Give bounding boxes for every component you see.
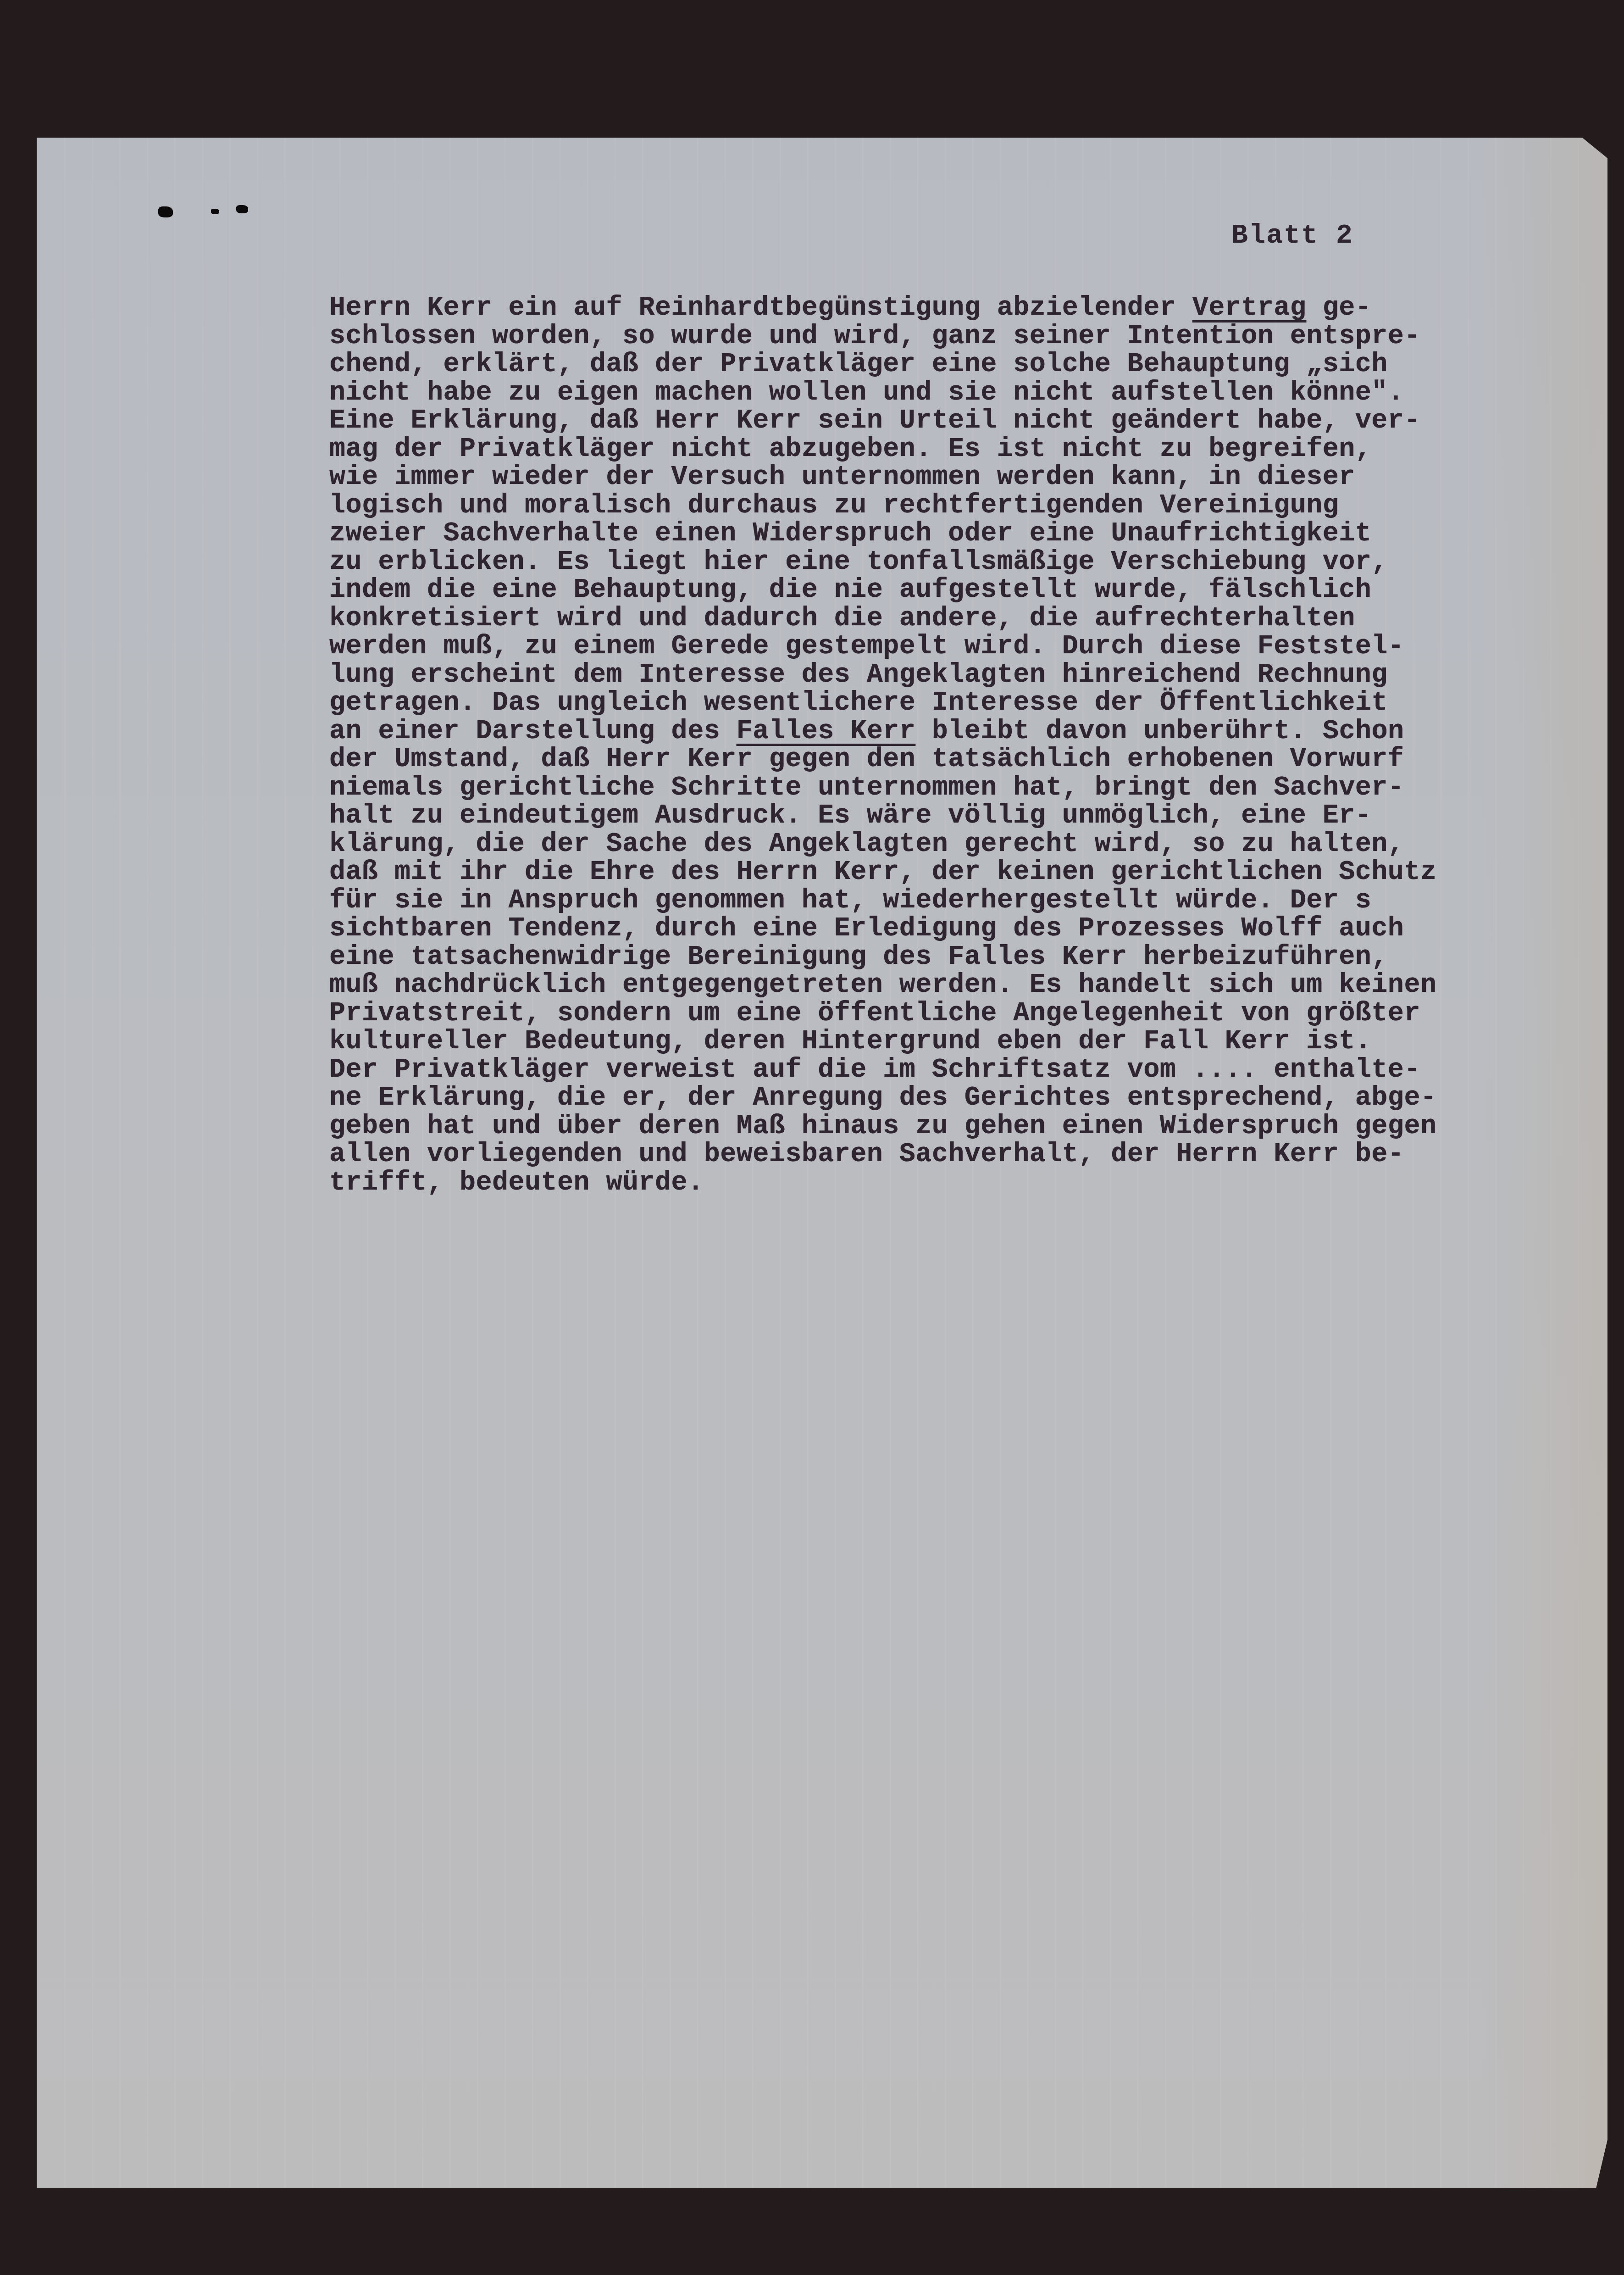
punch-hole-icon bbox=[158, 206, 173, 217]
text-run: allen vorliegenden und beweisbaren Sachv… bbox=[329, 1139, 1404, 1169]
text-run: mag der Privatkläger nicht abzugeben. Es… bbox=[329, 434, 1371, 464]
body-text: Herrn Kerr ein auf Reinhardtbegünstigung… bbox=[329, 294, 1436, 1196]
text-line: Eine Erklärung, daß Herr Kerr sein Urtei… bbox=[329, 406, 1436, 435]
text-run: nicht habe zu eigen machen wollen und si… bbox=[329, 377, 1404, 408]
text-run: zweier Sachverhalte einen Widerspruch od… bbox=[329, 518, 1371, 549]
text-line: niemals gerichtliche Schritte unternomme… bbox=[329, 773, 1436, 802]
text-line: schlossen worden, so wurde und wird, gan… bbox=[329, 322, 1436, 350]
text-line: konkretisiert wird und dadurch die ander… bbox=[329, 604, 1436, 633]
text-run: bleibt davon unberührt. Schon bbox=[915, 716, 1404, 746]
text-run: daß mit ihr die Ehre des Herrn Kerr, der… bbox=[329, 857, 1436, 887]
underlined-phrase: Vertrag bbox=[1192, 292, 1307, 323]
text-run: chend, erklärt, daß der Privatkläger ein… bbox=[329, 349, 1388, 379]
text-line: chend, erklärt, daß der Privatkläger ein… bbox=[329, 350, 1436, 378]
text-line: geben hat und über deren Maß hinaus zu g… bbox=[329, 1112, 1436, 1140]
text-run: klärung, die der Sache des Angeklagten g… bbox=[329, 829, 1404, 859]
punch-hole-icon bbox=[211, 209, 219, 214]
text-line: klärung, die der Sache des Angeklagten g… bbox=[329, 830, 1436, 858]
text-run: logisch und moralisch durchaus zu rechtf… bbox=[329, 490, 1339, 521]
text-run: Der Privatkläger verweist auf die im Sch… bbox=[329, 1054, 1420, 1085]
text-run: schlossen worden, so wurde und wird, gan… bbox=[329, 321, 1420, 351]
text-run: zu erblicken. Es liegt hier eine tonfall… bbox=[329, 546, 1388, 577]
text-run: kultureller Bedeutung, deren Hintergrund… bbox=[329, 1026, 1371, 1057]
text-line: allen vorliegenden und beweisbaren Sachv… bbox=[329, 1140, 1436, 1168]
text-run: der Umstand, daß Herr Kerr gegen den tat… bbox=[329, 744, 1404, 774]
text-line: nicht habe zu eigen machen wollen und si… bbox=[329, 378, 1436, 407]
punch-hole-marks bbox=[138, 204, 275, 222]
text-run: getragen. Das ungleich wesentlichere Int… bbox=[329, 687, 1388, 718]
text-line: muß nachdrücklich entgegengetreten werde… bbox=[329, 971, 1436, 999]
page-number-label: Blatt 2 bbox=[1231, 220, 1353, 251]
text-run: niemals gerichtliche Schritte unternomme… bbox=[329, 772, 1404, 803]
text-run: werden muß, zu einem Gerede gestempelt w… bbox=[329, 631, 1404, 662]
text-line: lung erscheint dem Interesse des Angekla… bbox=[329, 661, 1436, 689]
text-line: der Umstand, daß Herr Kerr gegen den tat… bbox=[329, 745, 1436, 773]
text-line: ne Erklärung, die er, der Anregung des G… bbox=[329, 1084, 1436, 1112]
text-line: eine tatsachenwidrige Bereinigung des Fa… bbox=[329, 943, 1436, 971]
text-line: wie immer wieder der Versuch unternommen… bbox=[329, 463, 1436, 491]
text-run: Herrn Kerr ein auf Reinhardtbegünstigung… bbox=[329, 292, 1192, 323]
text-line: indem die eine Behauptung, die nie aufge… bbox=[329, 576, 1436, 604]
text-run: halt zu eindeutigem Ausdruck. Es wäre vö… bbox=[329, 800, 1371, 831]
text-line: trifft, bedeuten würde. bbox=[329, 1168, 1436, 1197]
text-run: trifft, bedeuten würde. bbox=[329, 1167, 704, 1198]
punch-hole-icon bbox=[236, 205, 248, 213]
text-line: Privatstreit, sondern um eine öffentlich… bbox=[329, 999, 1436, 1028]
text-line: zweier Sachverhalte einen Widerspruch od… bbox=[329, 519, 1436, 548]
text-line: logisch und moralisch durchaus zu rechtf… bbox=[329, 491, 1436, 520]
text-run: für sie in Anspruch genommen hat, wieder… bbox=[329, 885, 1371, 916]
text-run: muß nachdrücklich entgegengetreten werde… bbox=[329, 969, 1436, 1000]
text-run: wie immer wieder der Versuch unternommen… bbox=[329, 462, 1355, 492]
text-line: Der Privatkläger verweist auf die im Sch… bbox=[329, 1056, 1436, 1084]
text-run: geben hat und über deren Maß hinaus zu g… bbox=[329, 1111, 1436, 1141]
text-run: Eine Erklärung, daß Herr Kerr sein Urtei… bbox=[329, 405, 1420, 436]
text-run: ge- bbox=[1306, 292, 1371, 323]
underlined-phrase: Falles Kerr bbox=[737, 716, 916, 746]
text-line: an einer Darstellung des Falles Kerr ble… bbox=[329, 717, 1436, 745]
text-run: ne Erklärung, die er, der Anregung des G… bbox=[329, 1082, 1436, 1113]
text-run: Privatstreit, sondern um eine öffentlich… bbox=[329, 998, 1420, 1029]
text-line: daß mit ihr die Ehre des Herrn Kerr, der… bbox=[329, 858, 1436, 886]
text-line: zu erblicken. Es liegt hier eine tonfall… bbox=[329, 548, 1436, 576]
text-run: indem die eine Behauptung, die nie aufge… bbox=[329, 574, 1371, 605]
text-line: sichtbaren Tendenz, durch eine Erledigun… bbox=[329, 914, 1436, 943]
text-run: eine tatsachenwidrige Bereinigung des Fa… bbox=[329, 941, 1388, 972]
text-run: sichtbaren Tendenz, durch eine Erledigun… bbox=[329, 913, 1404, 944]
text-line: halt zu eindeutigem Ausdruck. Es wäre vö… bbox=[329, 801, 1436, 830]
text-run: lung erscheint dem Interesse des Angekla… bbox=[329, 659, 1388, 690]
text-line: für sie in Anspruch genommen hat, wieder… bbox=[329, 886, 1436, 915]
text-run: konkretisiert wird und dadurch die ander… bbox=[329, 603, 1355, 634]
text-line: mag der Privatkläger nicht abzugeben. Es… bbox=[329, 435, 1436, 463]
text-line: Herrn Kerr ein auf Reinhardtbegünstigung… bbox=[329, 294, 1436, 322]
text-line: getragen. Das ungleich wesentlichere Int… bbox=[329, 689, 1436, 717]
text-line: werden muß, zu einem Gerede gestempelt w… bbox=[329, 632, 1436, 661]
text-line: kultureller Bedeutung, deren Hintergrund… bbox=[329, 1027, 1436, 1056]
text-run: an einer Darstellung des bbox=[329, 716, 737, 746]
